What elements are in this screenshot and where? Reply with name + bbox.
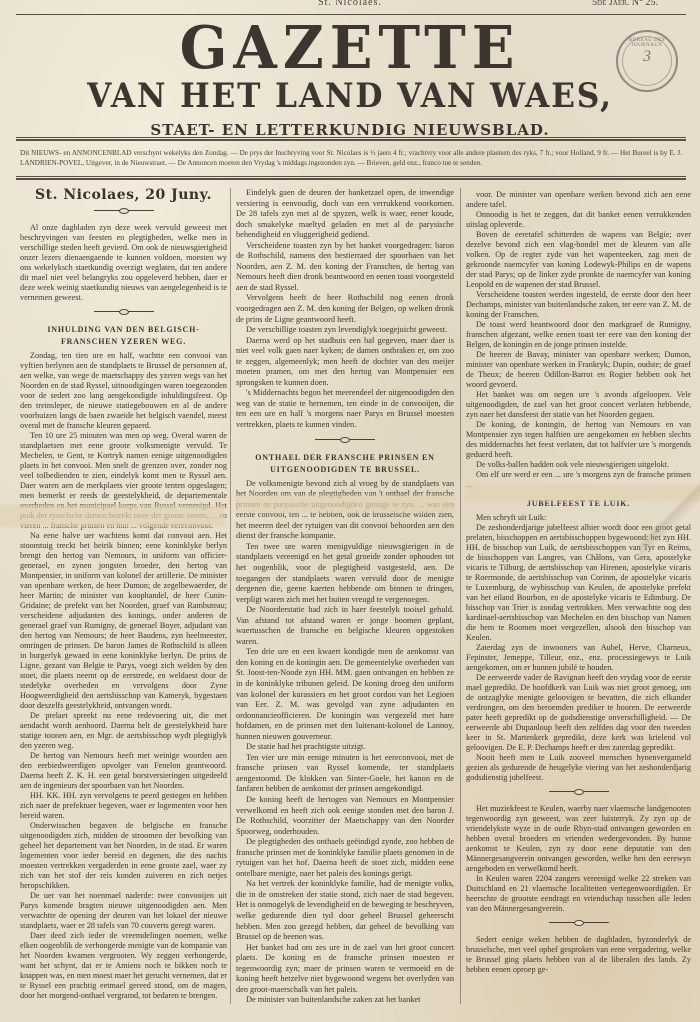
column-1: St. Nicolaes, 20 Juny. Al onze dagbladen…: [20, 188, 227, 1001]
paper-damage: [0, 505, 225, 527]
article-paragraph: Het banket was om negen ure 's avonds af…: [466, 390, 691, 420]
place-header: St. Nicolaes.: [16, 0, 684, 8]
article-paragraph: De heeren de Bavay, minister van openbar…: [466, 350, 691, 390]
ornament-divider-icon: [315, 437, 375, 442]
masthead-subtitle: VAN HET LAND VAN WAES,: [28, 76, 672, 116]
article-paragraph: Daer deed zich ieder de vreemdelingen no…: [20, 931, 227, 1001]
masthead: GAZETTE VAN HET LAND VAN WAES, STAET- EN…: [0, 18, 700, 140]
newspaper-page: St. Nicolaes. 5de Jaer. N° 25. GAZETTE V…: [0, 0, 700, 1022]
article-paragraph: Verscheidene toasten werden ingesteld, d…: [466, 290, 691, 320]
stamp-number: 3: [618, 48, 676, 66]
column-divider: [230, 188, 231, 1004]
article-paragraph: Zondag, ten tien ure en half, wachtte ee…: [20, 351, 227, 431]
article-paragraph: Daerna werd op het stadhuis een bal gege…: [236, 336, 454, 389]
article-paragraph: Na het vertrek der koninklyke familie, h…: [236, 879, 454, 942]
article-paragraph: Eindelyk gaen de deuren der banketzael o…: [236, 188, 454, 241]
column-divider: [460, 188, 461, 1004]
paper-damage: [236, 495, 454, 513]
article-paragraph: De uer van het noenmael naderde: twee co…: [20, 891, 227, 931]
article-paragraph: De Noorderstatie had zich in haer feeste…: [236, 605, 454, 647]
article-paragraph: De plegtigheden des onthaels geëindigd z…: [236, 837, 454, 879]
column-2: Eindelyk gaen de deuren der banketzael o…: [236, 188, 454, 1006]
subscription-notice: Dit NIEUWS- en ANNONCENBLAD verschynt we…: [20, 148, 682, 168]
column-3: voor. De minister van openbare werken be…: [466, 190, 691, 975]
stamp-ring-text: BUREAU DES JOURNAUX: [624, 38, 670, 48]
article-paragraph: Ten twee ure waren menigvuldige nieuwsgi…: [236, 542, 454, 605]
article-paragraph: De minister van buitenlandsche zaken zat…: [236, 995, 454, 1006]
article-heading: ONTHAEL DER FRANSCHE PRINSEN EN UITGENOO…: [236, 452, 454, 476]
article-paragraph: Ten drie ure en een kwaert kondigde men …: [236, 647, 454, 742]
article-heading: INHULDING VAN DEN BELGISCH-FRANSCHEN YZE…: [20, 324, 227, 348]
article-paragraph: Na eene halve uer wachtens komt dat conv…: [20, 531, 227, 711]
article-paragraph: De verschillige toasten zyn levendiglyk …: [236, 325, 454, 336]
article-paragraph: De koning, de koningin, de hertog van Ne…: [466, 420, 691, 460]
intro-paragraph: Al onze dagbladen zyn deze week vervuld …: [20, 223, 227, 303]
article-paragraph: Nooit heeft men te Luik zooveel menschen…: [466, 753, 691, 783]
article-paragraph: Ten vier ure min eenige minuten is het e…: [236, 753, 454, 795]
masthead-title: GAZETTE: [0, 17, 700, 80]
notice-rule: [16, 176, 686, 180]
article-paragraph: Het banket had om zes ure in de zael van…: [236, 943, 454, 996]
article-paragraph: voor. De minister van openbare werken be…: [466, 190, 691, 210]
ornament-divider-icon: [94, 309, 154, 314]
article-paragraph: De eerweerde vader de Ravignan heeft den…: [466, 673, 691, 753]
article-paragraph: De statie had het prachtigste uitzigt.: [236, 742, 454, 753]
issue-number: 5de Jaer. N° 25.: [592, 0, 658, 8]
ornament-divider-icon: [549, 789, 609, 794]
article-paragraph: Zaterdag zyn de inwooners van Aubel, Her…: [466, 643, 691, 673]
article-paragraph: De volks-ballen hadden ook vele nieuwsgi…: [466, 460, 691, 470]
article-paragraph: De koning heeft de hertogen van Nemours …: [236, 795, 454, 837]
article-paragraph: Het muziekfeest te Keulen, waerby naer v…: [466, 804, 691, 874]
dateline: St. Nicolaes, 20 Juny.: [20, 190, 227, 200]
ornament-divider-icon: [94, 208, 154, 213]
article-paragraph: Sedert eenige weken hebben de dagbladen,…: [466, 935, 691, 975]
article-paragraph: De hertog van Nemours heeft met weinige …: [20, 751, 227, 791]
article-paragraph: Onnoodig is het te zeggen, dat dit banke…: [466, 210, 691, 230]
article-paragraph: HH. KK. HH. zyn vervolgens te peerd gest…: [20, 791, 227, 821]
article-paragraph: De prelaet spreekt nu eene redevoering u…: [20, 711, 227, 751]
article-paragraph: Boven de eeretafel schitterden de wapens…: [466, 230, 691, 290]
masthead-rule: [16, 137, 686, 141]
article-paragraph: In Keulen waren 2204 zangers vereenigd w…: [466, 874, 691, 914]
article-paragraph: Onderwisschen begaven de belgische en fr…: [20, 821, 227, 891]
article-paragraph: De toast werd beantwoord door den markgr…: [466, 320, 691, 350]
article-paragraph: 's Middernachts begon het meerendeel der…: [236, 388, 454, 430]
article-paragraph: Verscheidene toasten zyn by het banket v…: [236, 241, 454, 294]
top-strip: St. Nicolaes. 5de Jaer. N° 25.: [16, 0, 684, 14]
article-paragraph: Vervolgens heeft de heer Rothschild nog …: [236, 293, 454, 325]
ornament-divider-icon: [549, 920, 609, 925]
paper-fold: [640, 480, 700, 570]
postal-stamp-icon: BUREAU DES JOURNAUX 3: [616, 30, 678, 92]
